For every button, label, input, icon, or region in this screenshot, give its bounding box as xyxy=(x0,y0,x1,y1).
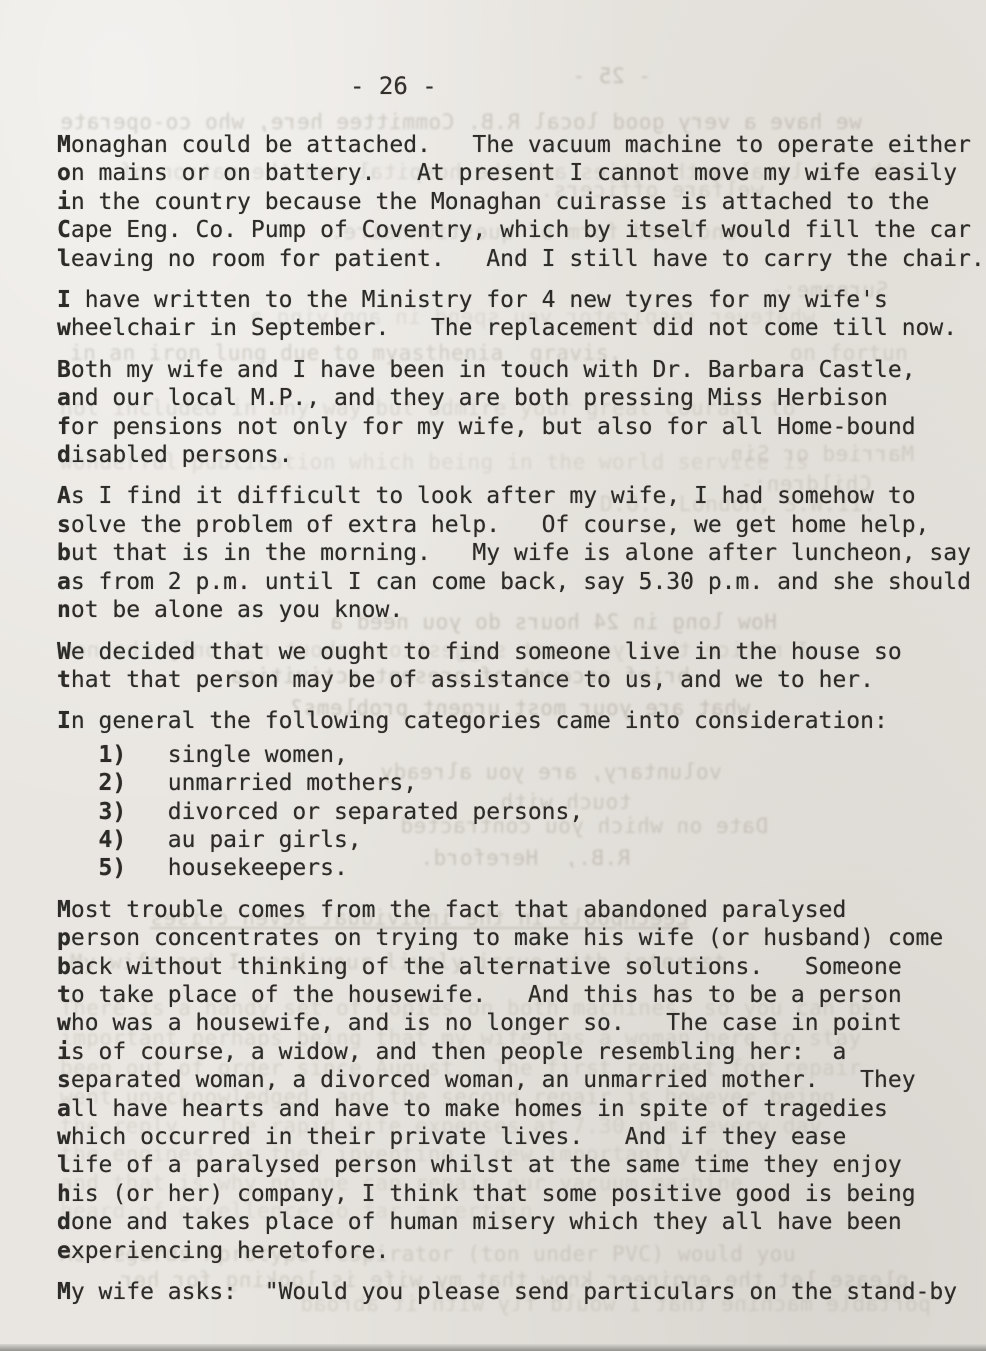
text-line: but that is in the morning. My wife is a… xyxy=(57,539,986,567)
text-line: Both my wife and I have been in touch wi… xyxy=(57,356,986,384)
text-line: separated woman, a divorced woman, an un… xyxy=(57,1066,986,1094)
text-line: As I find it difficult to look after my … xyxy=(57,482,986,510)
text-line: to take place of the housewife. And this… xyxy=(57,981,986,1009)
text-line: and our local M.P., and they are both pr… xyxy=(57,384,986,412)
scan-edge xyxy=(0,1344,986,1351)
page-number: - 26 - xyxy=(350,72,437,100)
list-item: 3) divorced or separated persons, xyxy=(57,798,986,826)
paragraph: Both my wife and I have been in touch wi… xyxy=(57,356,986,470)
scanned-letter-page: - 25 -we have a very good local R.B. Com… xyxy=(0,0,986,1351)
text-line: that that person may be of assistance to… xyxy=(57,666,986,694)
list-item: 1) single women, xyxy=(57,741,986,769)
paragraph: As I find it difficult to look after my … xyxy=(57,482,986,624)
list-item: 4) au pair girls, xyxy=(57,826,986,854)
text-line: not be alone as you know. xyxy=(57,596,986,624)
text-line: back without thinking of the alternative… xyxy=(57,953,986,981)
text-line: which occurred in their private lives. A… xyxy=(57,1123,986,1151)
text-line: We decided that we ought to find someone… xyxy=(57,638,986,666)
paragraph: Monaghan could be attached. The vacuum m… xyxy=(57,131,986,273)
text-line: done and takes place of human misery whi… xyxy=(57,1208,986,1236)
text-line: person concentrates on trying to make hi… xyxy=(57,924,986,952)
text-line: Monaghan could be attached. The vacuum m… xyxy=(57,131,986,159)
text-line: Most trouble comes from the fact that ab… xyxy=(57,896,986,924)
paragraph: In general the following categories came… xyxy=(57,707,986,735)
list-item: 5) housekeepers. xyxy=(57,854,986,882)
list-item: 2) unmarried mothers, xyxy=(57,769,986,797)
text-line: Cape Eng. Co. Pump of Coventry, which by… xyxy=(57,216,986,244)
text-line: who was a housewife, and is no longer so… xyxy=(57,1009,986,1037)
text-line: solve the problem of extra help. Of cour… xyxy=(57,511,986,539)
paragraph: We decided that we ought to find someone… xyxy=(57,638,986,695)
category-list: 1) single women, 2) unmarried mothers, 3… xyxy=(57,741,986,883)
text-line: wheelchair in September. The replacement… xyxy=(57,314,986,342)
text-line: his (or her) company, I think that some … xyxy=(57,1180,986,1208)
paragraph: I have written to the Ministry for 4 new… xyxy=(57,286,986,343)
typewritten-body: Monaghan could be attached. The vacuum m… xyxy=(57,131,986,1319)
text-line: I have written to the Ministry for 4 new… xyxy=(57,286,986,314)
text-line: is of course, a widow, and then people r… xyxy=(57,1038,986,1066)
text-line: for pensions not only for my wife, but a… xyxy=(57,413,986,441)
text-line: leaving no room for patient. And I still… xyxy=(57,245,986,273)
text-line: experiencing heretofore. xyxy=(57,1237,986,1265)
text-line: life of a paralysed person whilst at the… xyxy=(57,1151,986,1179)
text-line: on mains or on battery. At present I can… xyxy=(57,159,986,187)
paragraph: Most trouble comes from the fact that ab… xyxy=(57,896,986,1265)
text-line: My wife asks: "Would you please send par… xyxy=(57,1278,986,1306)
text-line: as from 2 p.m. until I can come back, sa… xyxy=(57,568,986,596)
text-line: disabled persons. xyxy=(57,441,986,469)
text-line: In general the following categories came… xyxy=(57,707,986,735)
ghost-text-fragment: - 25 - xyxy=(572,64,651,88)
text-line: in the country because the Monaghan cuir… xyxy=(57,188,986,216)
text-line: all have hearts and have to make homes i… xyxy=(57,1095,986,1123)
paragraph: My wife asks: "Would you please send par… xyxy=(57,1278,986,1306)
